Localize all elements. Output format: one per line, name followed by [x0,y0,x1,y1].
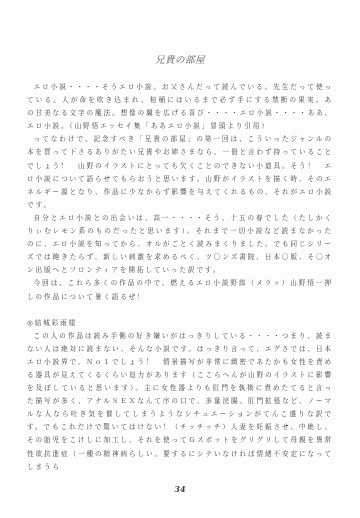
article-body: エロ小説・・・・そうエロ小説。お父さんだって読んでいる。先生だって使っている。人… [27,81,333,474]
intro-paragraph-3: 自分とエロ小説との出会いは、高一・・・・そう、十五の春でした（たしかくりぃむレモ… [27,212,333,277]
review-paragraph-1: この人の作品は読み手側の好き嫌いがはっきりしている・・・・つまり、読まない人は絶… [27,330,333,474]
document-page: 兄貴の部屋 エロ小説・・・・そうエロ小説。お父さんだって読んでいる。先生だって使… [0,0,360,518]
intro-paragraph-2: ってなわけで、記念すべき「兄貴の部屋」の第一回は、こういったジャンルの本を買って… [27,133,333,212]
page-title: 兄貴の部屋 [0,52,360,66]
page-number: 34 [0,484,360,494]
intro-paragraph-4: 今回は、これら多くの作品の中で、燃えるエロ小説野郎（メラッ）山野悟一押しの作品に… [27,277,333,303]
intro-paragraph-1: エロ小説・・・・そうエロ小説。お父さんだって読んでいる。先生だって使っている。人… [27,81,333,133]
review-heading: ◎結城彩雨様 [27,317,333,330]
